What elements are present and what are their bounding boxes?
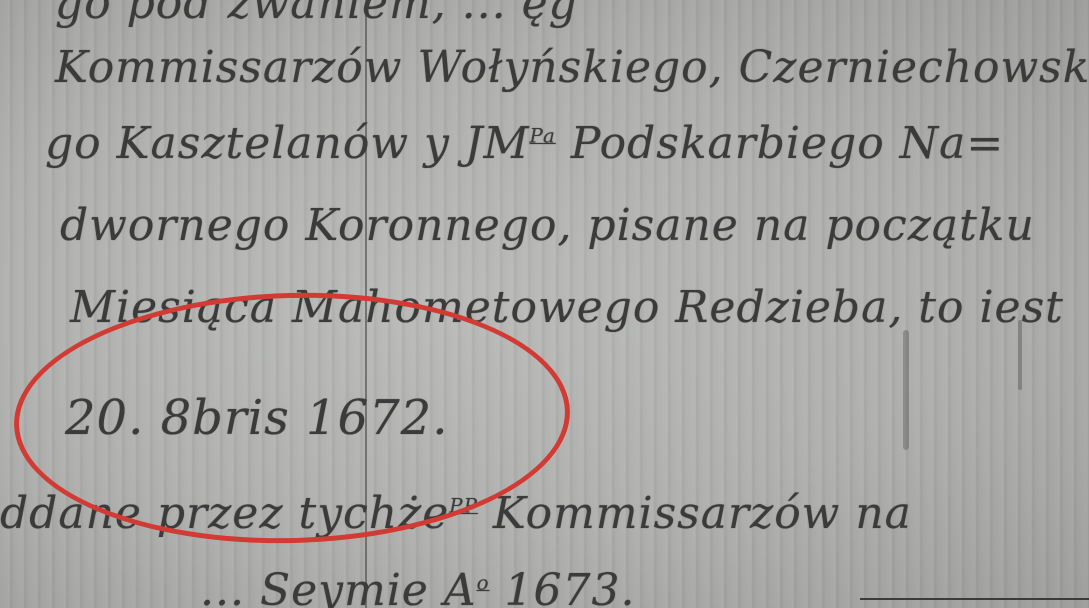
line-8-start: ... Seymie A bbox=[200, 565, 477, 608]
ink-stain bbox=[903, 330, 909, 450]
line-3-start: go Kasztelanów y JM bbox=[45, 118, 530, 169]
line-8-rest: 1673. bbox=[505, 565, 636, 608]
manuscript-line-1: go pod zwaniem, ... ęg bbox=[55, 0, 578, 29]
manuscript-page: go pod zwaniem, ... ęg Kommissarzów Woły… bbox=[0, 0, 1089, 608]
closing-rule bbox=[860, 598, 1089, 600]
line-3-rest: Podskarbiego Na= bbox=[571, 118, 1005, 169]
manuscript-line-3: go Kasztelanów y JMPa Podskarbiego Na= bbox=[45, 118, 1004, 169]
line-3-superscript: Pa bbox=[530, 124, 556, 147]
line-7-rest: Kommissarzów na bbox=[493, 488, 912, 539]
manuscript-line-4: dwornego Koronnego, pisane na początku bbox=[60, 200, 1035, 251]
manuscript-line-2: Kommissarzów Wołyńskiego, Czerniechowski… bbox=[55, 42, 1089, 93]
manuscript-line-8: ... Seymie Ao 1673. bbox=[200, 565, 635, 608]
line-8-superscript: o bbox=[477, 571, 490, 594]
